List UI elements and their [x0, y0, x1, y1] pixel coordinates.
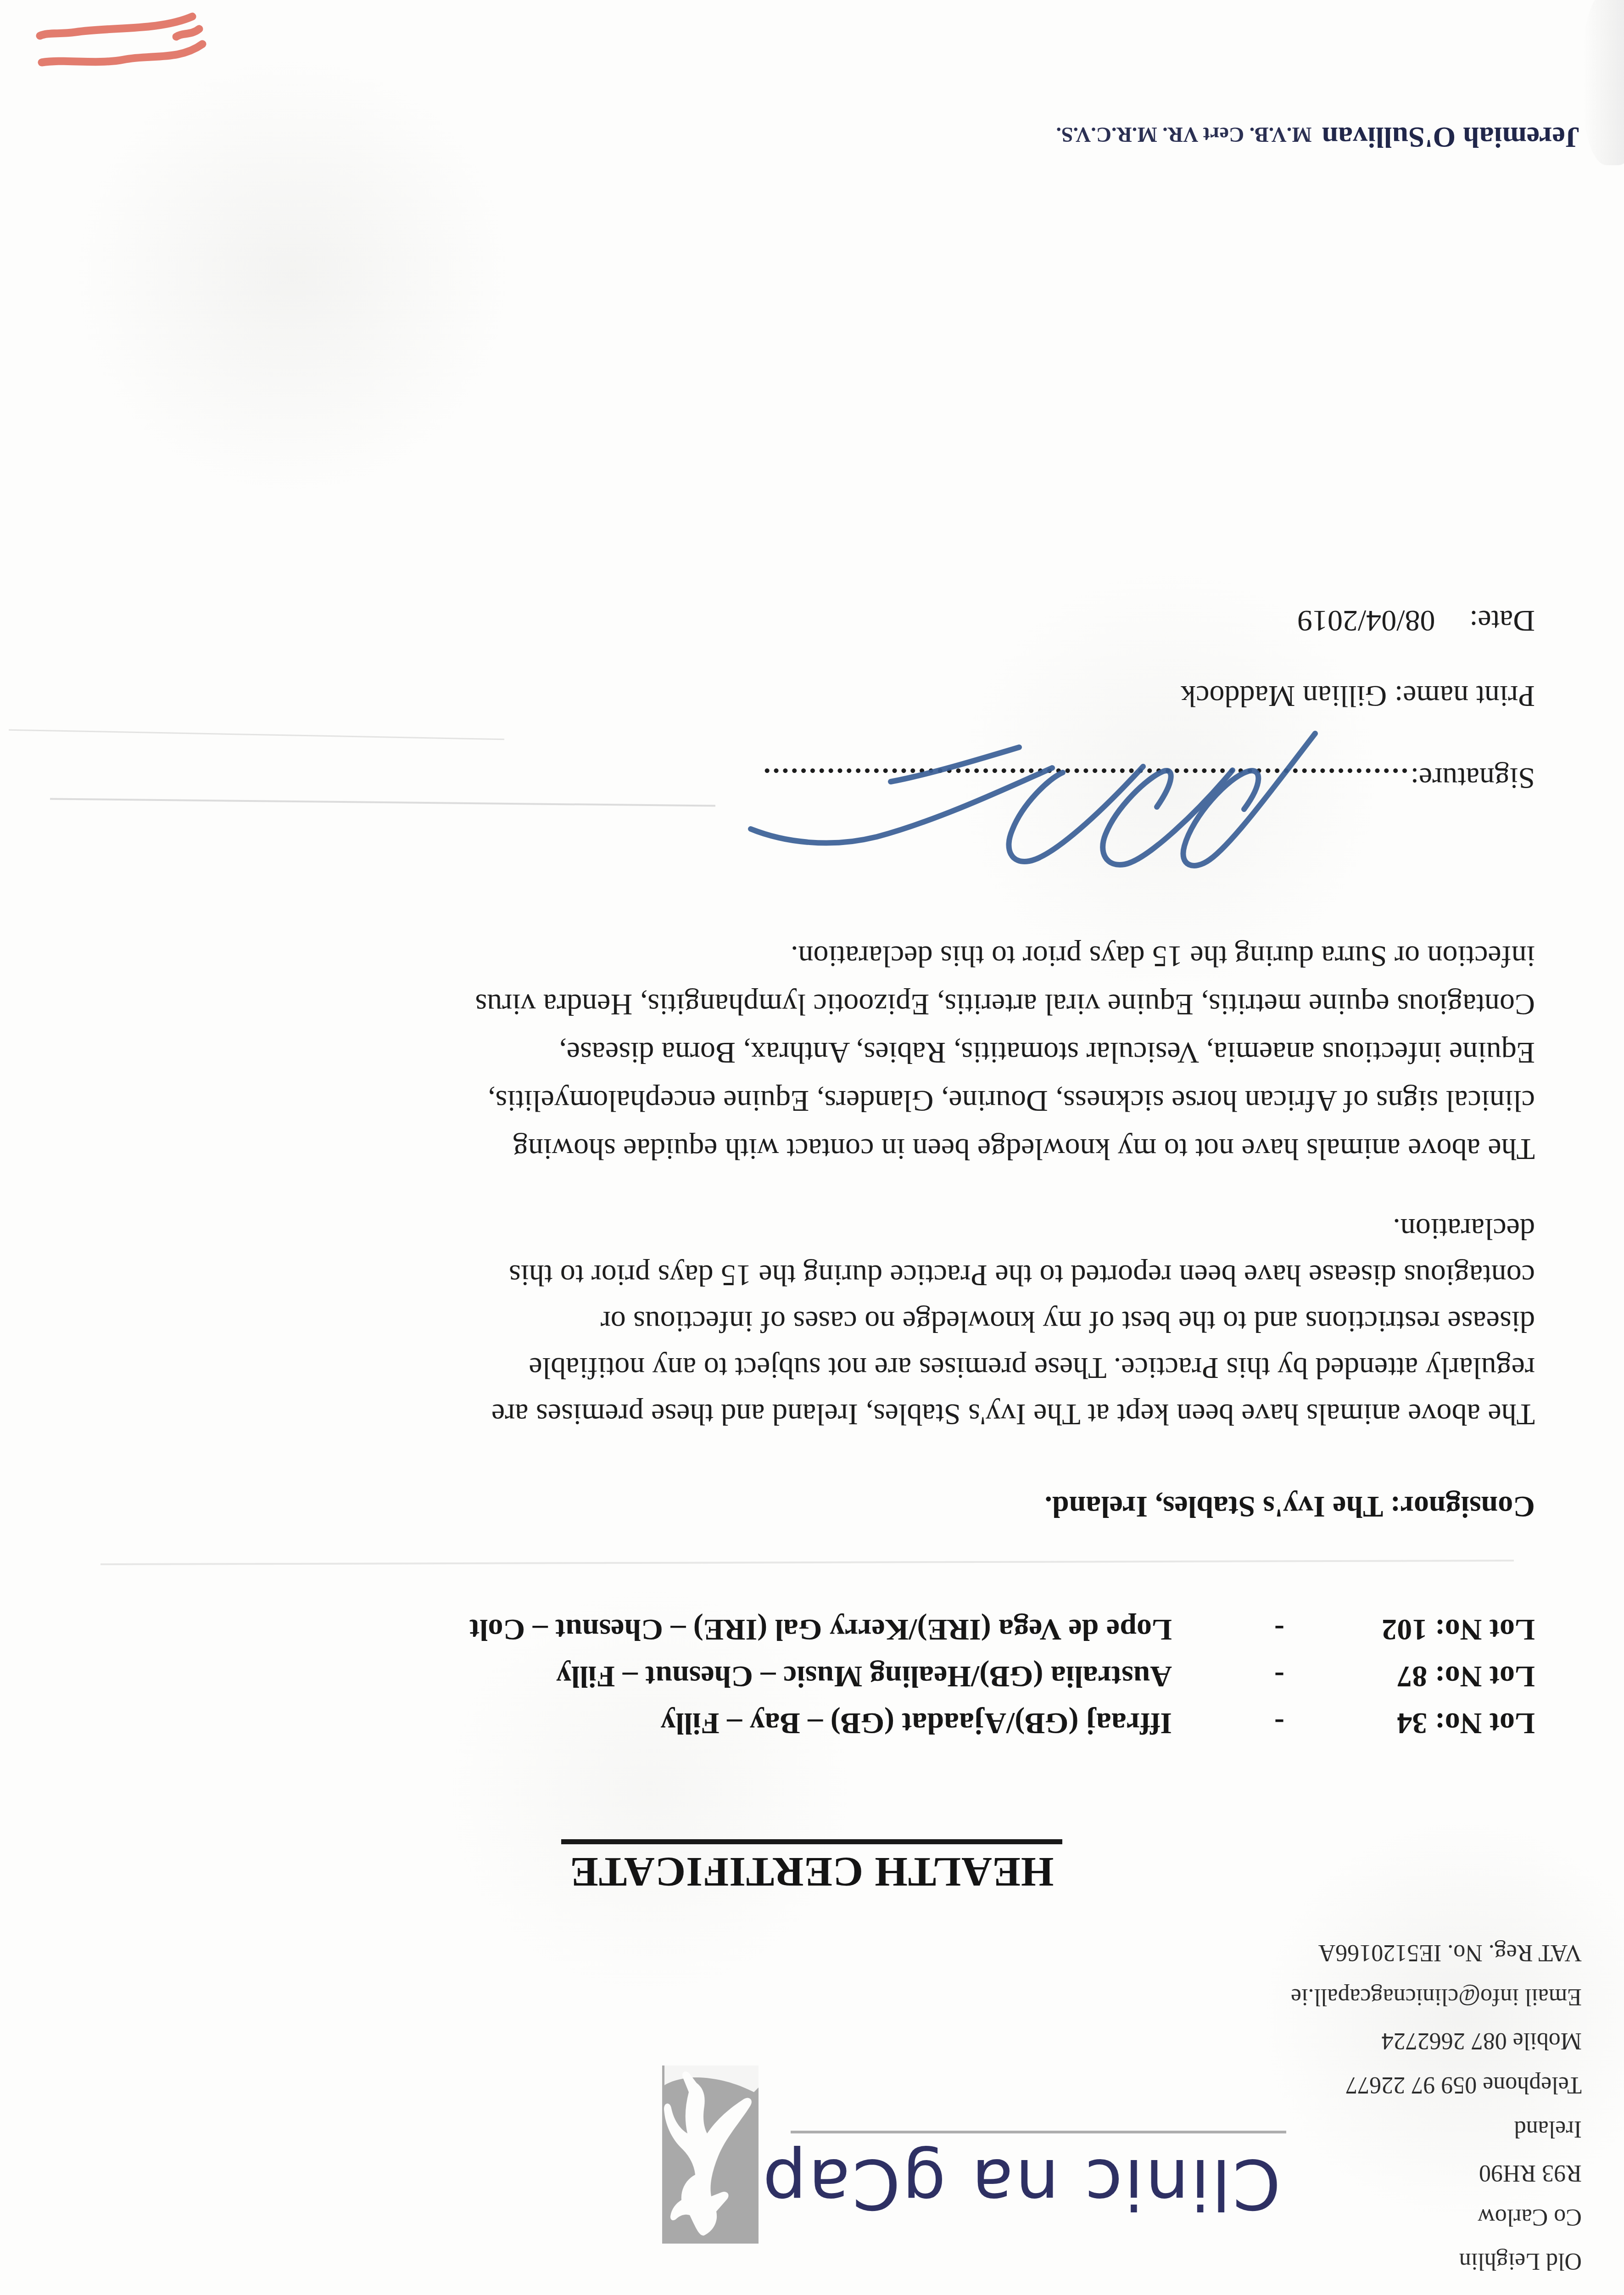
vet-credentials-line: Jeremiah O'Sullivan M.V.B. Cert VR. M.R.…	[1056, 120, 1580, 154]
declaration-line: clinical signs of African horse sickness…	[475, 1077, 1535, 1125]
scan-edge-smudge	[1583, 0, 1624, 165]
print-name-label: Print name:	[1395, 679, 1535, 713]
vet-name: Jeremiah O'Sullivan	[1322, 121, 1580, 154]
declaration-line: The above animals have not to my knowled…	[475, 1125, 1535, 1173]
lot-separator: -	[1172, 1659, 1284, 1694]
red-pen-marks-icon	[32, 4, 211, 73]
vat-line: VAT Reg. No. IE5120166A	[1291, 1931, 1582, 1975]
print-name-value: Gillian Maddock	[1181, 679, 1387, 713]
health-certificate-document: Old Leighlin Co Carlow R93 RH90 Ireland …	[0, 0, 1624, 2295]
vet-qualifications: M.V.B. Cert VR. M.R.C.V.S.	[1056, 123, 1311, 146]
lot-details: Australia (GB)/Healing Music – Chesnut –…	[556, 1659, 1172, 1694]
date-line: Date: 08/04/2019	[1297, 603, 1535, 638]
lot-details: Iffraaj (GB)/Ajaadat (GB) – Bay – Filly	[660, 1706, 1172, 1741]
declaration-line: infection or Surra during the 15 days pr…	[475, 932, 1535, 980]
lot-details: Lope de Vega (IRE)/Kerry Gal (IRE) – Che…	[469, 1612, 1172, 1647]
lot-row: Lot No: 34 - Iffraaj (GB)/Ajaadat (GB) –…	[469, 1694, 1535, 1741]
address-line: R93 RH90	[1291, 2151, 1582, 2195]
lot-list: Lot No: 34 - Iffraaj (GB)/Ajaadat (GB) –…	[469, 1600, 1535, 1741]
letterhead-address-block: Old Leighlin Co Carlow R93 RH90 Ireland …	[1291, 1931, 1582, 2283]
consignor-line: Consignor: The Ivy's Stables, Ireland.	[1045, 1489, 1535, 1524]
clinic-logo-wordmark: Clinic na gCapall	[675, 2144, 1281, 2223]
declaration-line: The above animals have been kept at The …	[491, 1391, 1535, 1438]
date-label: Date:	[1469, 604, 1535, 638]
address-line: Co Carlow	[1291, 2195, 1582, 2239]
declaration-line: regularly attended by this Practice. The…	[491, 1345, 1535, 1391]
mobile-line: Mobile 087 2662724	[1291, 2019, 1582, 2063]
telephone-line: Telephone 059 97 22677	[1291, 2063, 1582, 2107]
lot-row: Lot No: 102 - Lope de Vega (IRE)/Kerry G…	[469, 1600, 1535, 1647]
page-title: HEALTH CERTIFICATE	[561, 1839, 1062, 1897]
scan-artifact-line	[100, 1560, 1514, 1565]
declaration-line: declaration.	[491, 1206, 1535, 1252]
logo-underline	[791, 2131, 1286, 2133]
lot-separator: -	[1172, 1706, 1284, 1741]
signature-scribble	[725, 727, 1340, 885]
email-line: Email info@clinicnagcapall.ie	[1291, 1975, 1582, 2019]
declaration-paragraph-1: The above animals have been kept at The …	[491, 1206, 1535, 1438]
scan-artifact-line	[50, 798, 715, 806]
horse-icon	[662, 2065, 759, 2244]
scan-artifact-line	[9, 729, 504, 740]
consignor-label: Consignor:	[1390, 1490, 1535, 1523]
lot-row: Lot No: 87 - Australia (GB)/Healing Musi…	[469, 1647, 1535, 1694]
declaration-line: contagious disease have been reported to…	[491, 1252, 1535, 1299]
scanned-page: Old Leighlin Co Carlow R93 RH90 Ireland …	[0, 0, 1624, 2295]
declaration-paragraph-2: The above animals have not to my knowled…	[475, 932, 1535, 1173]
declaration-line: disease restrictions and to the best of …	[491, 1299, 1535, 1345]
declaration-line: Equine infectious anaemia, Vesicular sto…	[475, 1029, 1535, 1077]
lot-number: Lot No: 34	[1284, 1706, 1535, 1741]
date-value: 08/04/2019	[1297, 604, 1435, 638]
consignor-value: The Ivy's Stables, Ireland.	[1045, 1490, 1384, 1523]
print-name-line: Print name: Gillian Maddock	[1181, 678, 1535, 713]
lot-number: Lot No: 87	[1284, 1659, 1535, 1694]
signature-label: Signature:	[1411, 761, 1535, 795]
address-line: Ireland	[1291, 2107, 1582, 2151]
lot-number: Lot No: 102	[1284, 1612, 1535, 1647]
address-line: Old Leighlin	[1291, 2239, 1582, 2283]
declaration-line: Contagious equine metritis, Equine viral…	[475, 980, 1535, 1029]
lot-separator: -	[1172, 1612, 1284, 1647]
